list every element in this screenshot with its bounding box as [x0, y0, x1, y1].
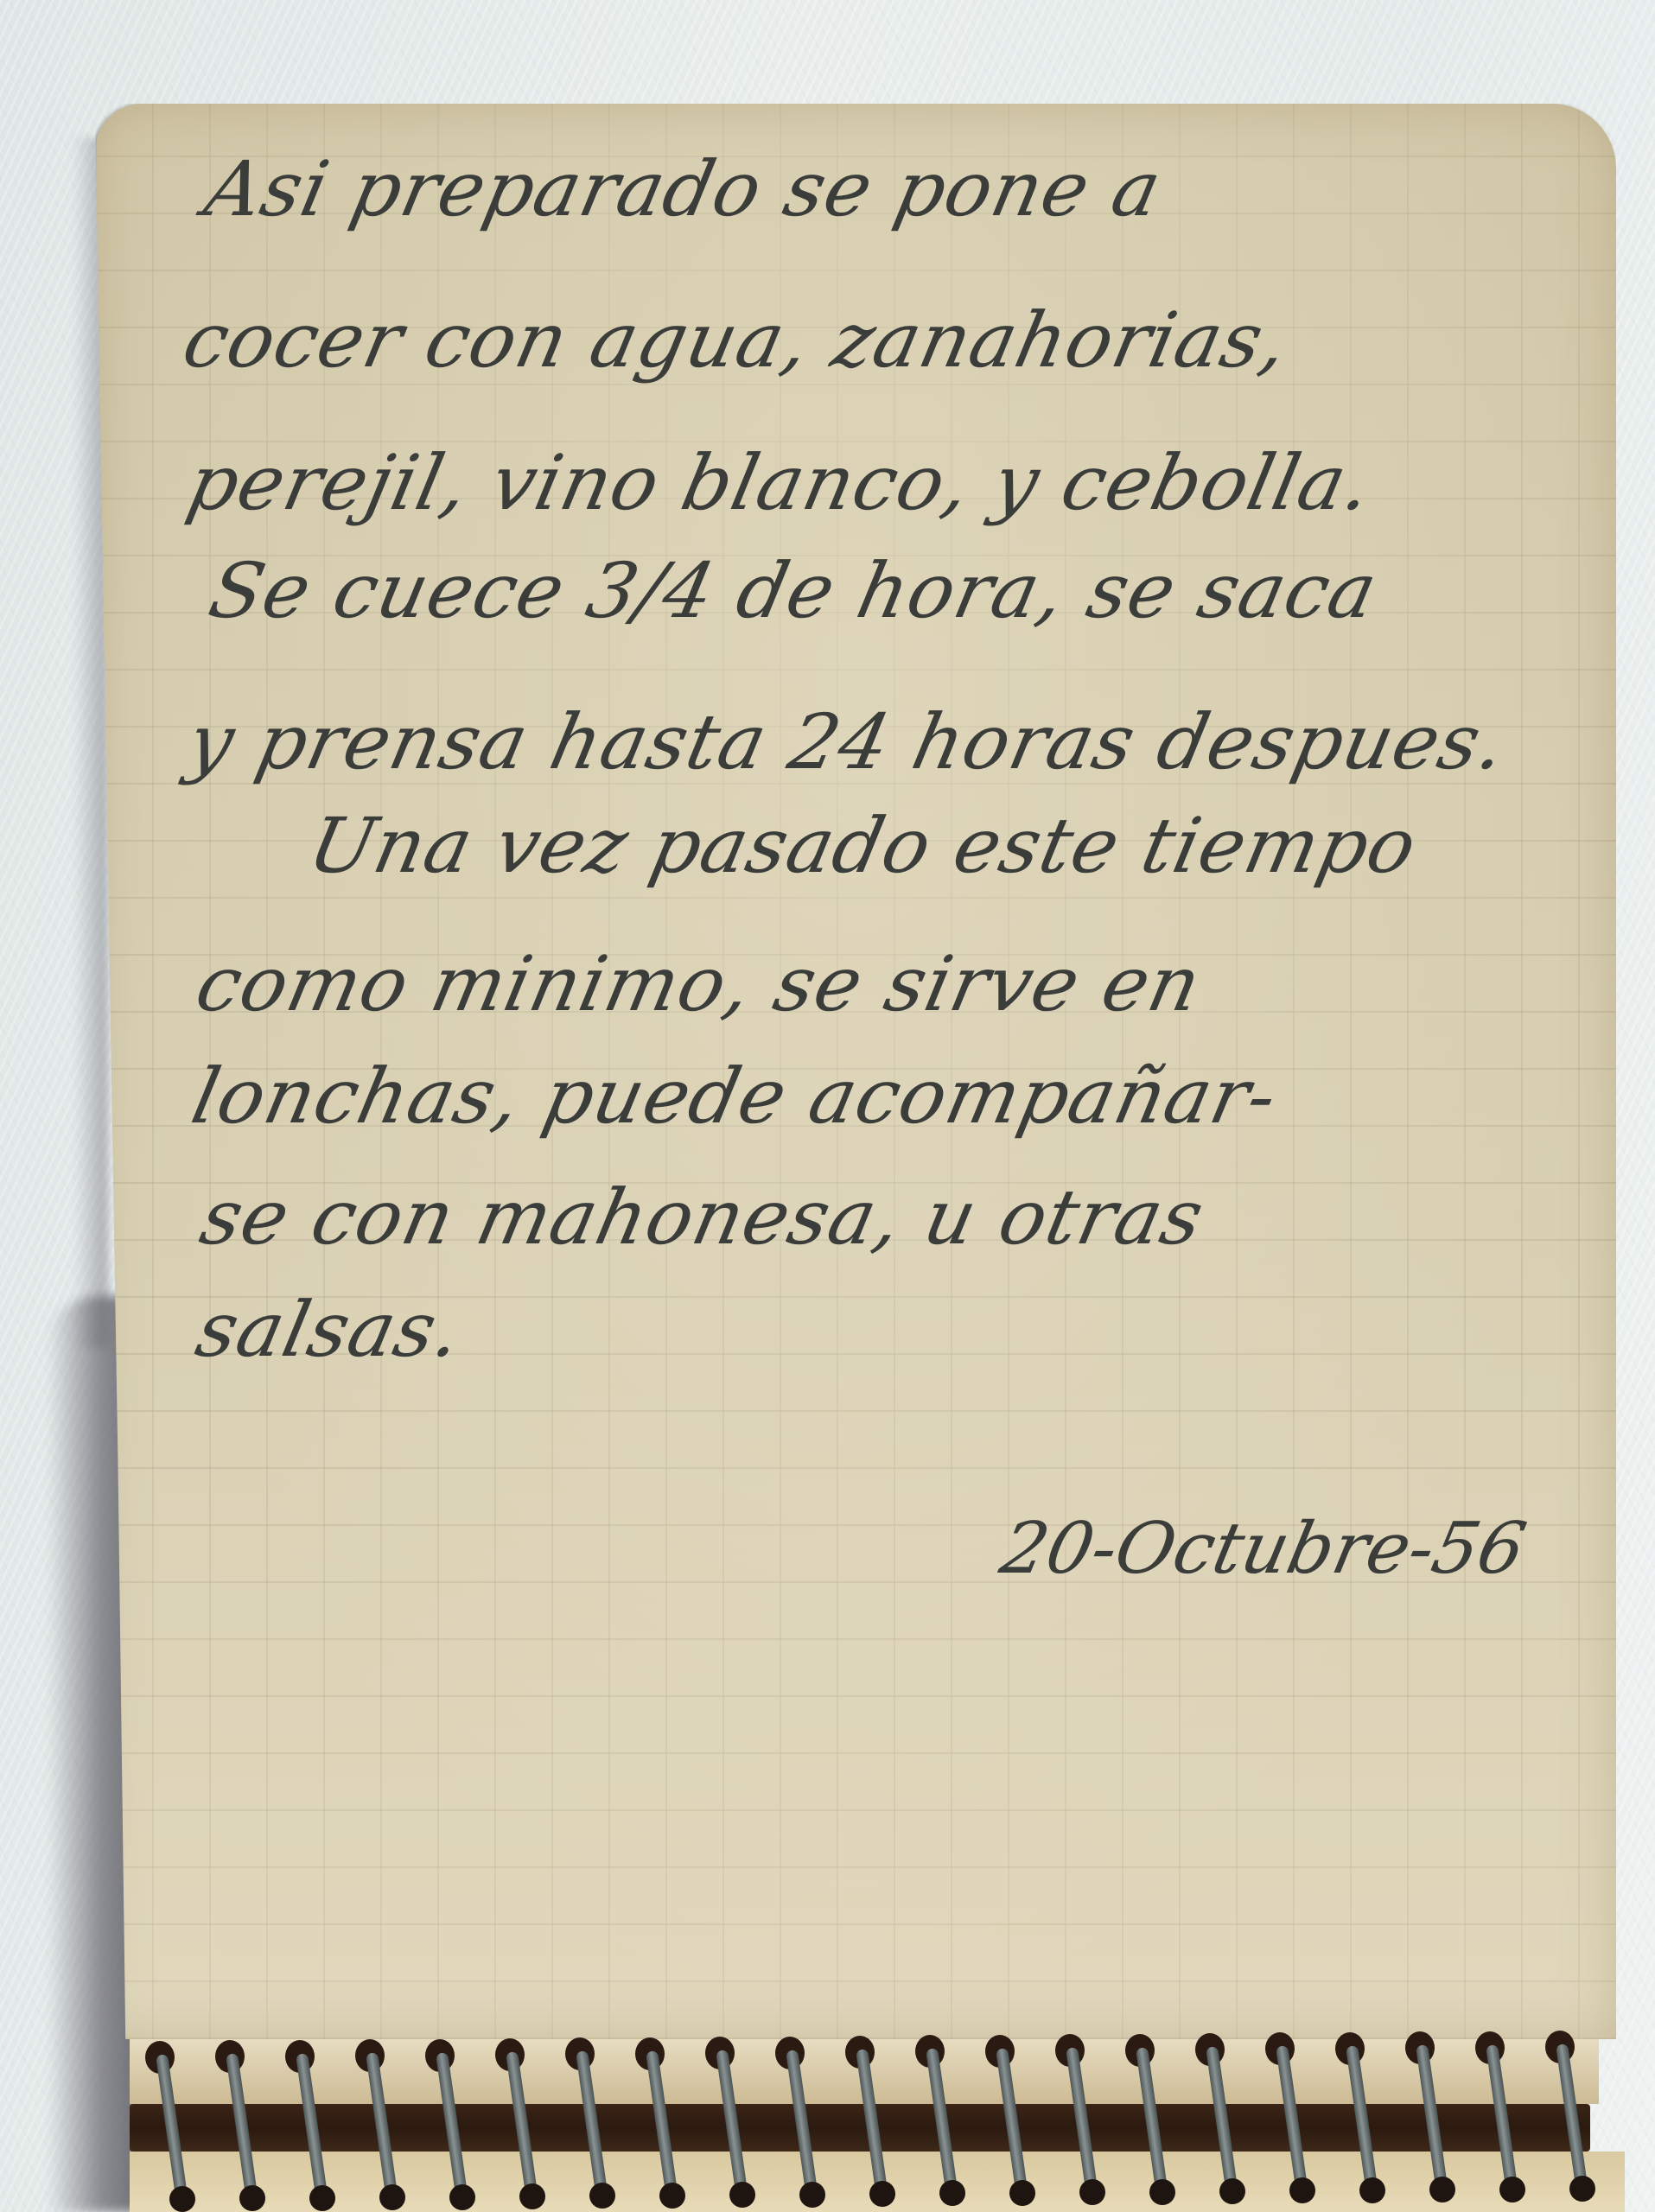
ring-end — [1149, 2179, 1175, 2205]
ring-end — [449, 2184, 475, 2210]
ring-end — [309, 2185, 335, 2211]
ring-end — [519, 2183, 545, 2209]
text-line-2: cocer con agua, zanahorias, — [177, 302, 1295, 378]
ring-end — [869, 2181, 895, 2207]
text-line-10: salsas. — [190, 1292, 468, 1368]
ring-end — [379, 2184, 405, 2210]
ring-end — [1429, 2177, 1455, 2202]
ring-end — [1569, 2176, 1595, 2202]
text-line-8: lonchas, puede acompañar- — [186, 1058, 1283, 1135]
spiral-binding — [130, 2022, 1655, 2212]
ring-end — [1079, 2179, 1105, 2205]
ring-end — [1499, 2177, 1525, 2202]
text-line-1: Asi preparado se pone a — [199, 151, 1168, 227]
ring-end — [729, 2182, 755, 2208]
text-line-4: Se cuece 3/4 de hora, se saca — [203, 553, 1384, 629]
text-line-7: como minimo, se sirve en — [190, 946, 1207, 1022]
ring-end — [1219, 2178, 1245, 2204]
ring-end — [799, 2182, 825, 2208]
text-line-5: y prensa hasta 24 horas despues. — [181, 704, 1512, 780]
ring-end — [1359, 2177, 1385, 2203]
date-signature: 20-Octubre-56 — [994, 1508, 1532, 1590]
ring-end — [659, 2183, 685, 2209]
ring-end — [1009, 2180, 1035, 2206]
text-line-9: se con mahonesa, u otras — [194, 1179, 1210, 1255]
ring-end — [169, 2186, 195, 2212]
text-line-6: Una vez pasado este tiempo — [302, 808, 1423, 884]
text-line-3: perejil, vino blanco, y cebolla. — [181, 445, 1378, 521]
